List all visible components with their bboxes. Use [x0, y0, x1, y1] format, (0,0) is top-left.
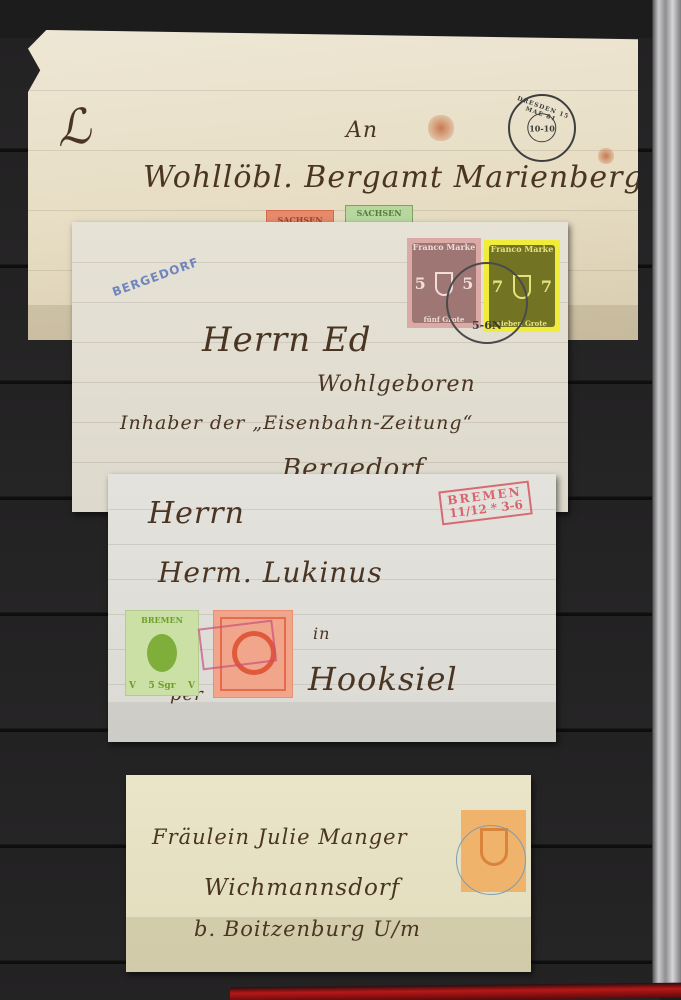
address-line: Herrn Ed [202, 320, 372, 360]
address-line: Wichmannsdorf [204, 875, 400, 901]
address-line: Wohlgeboren [317, 372, 476, 397]
flourish: ℒ [52, 98, 95, 158]
postmark-wrapper [456, 825, 526, 895]
sealing-wax-stain [428, 115, 454, 141]
cover-wrapper: Fräulein Julie Manger Wichmannsdorf b. B… [126, 775, 531, 972]
stamp-bremen-5-sgr: BREMEN V5 SgrV [125, 610, 199, 696]
address-line: Inhaber der „Eisenbahn-Zeitung“ [120, 412, 473, 434]
address-line: b. Boitzenburg U/m [194, 917, 421, 941]
cover-bergedorf: BERGEDORF Herrn Ed Wohlgeboren Inhaber d… [72, 222, 568, 512]
address-line: An [346, 118, 378, 143]
box-cancel-bremen: BREMEN 11/12 * 3-6 [438, 481, 532, 526]
postmark-bergedorf: 5-6N [446, 262, 528, 344]
address-line: Fräulein Julie Manger [152, 825, 408, 849]
address-line: Wohllöbl. Bergamt Marienberg [143, 160, 638, 195]
address-line: Herm. Lukinus [158, 556, 383, 589]
glassine-interleaf [652, 0, 681, 985]
address-line: Hooksiel [308, 660, 458, 698]
sealing-wax-stain [598, 148, 614, 164]
postmark-dresden: DRESDEN 15 MAE 81 10-10 [508, 94, 576, 162]
address-line: Herrn [148, 496, 245, 531]
address-line: in [313, 624, 330, 643]
cover-bremen: Herrn Herm. Lukinus in Hooksiel per BREM… [108, 474, 556, 742]
